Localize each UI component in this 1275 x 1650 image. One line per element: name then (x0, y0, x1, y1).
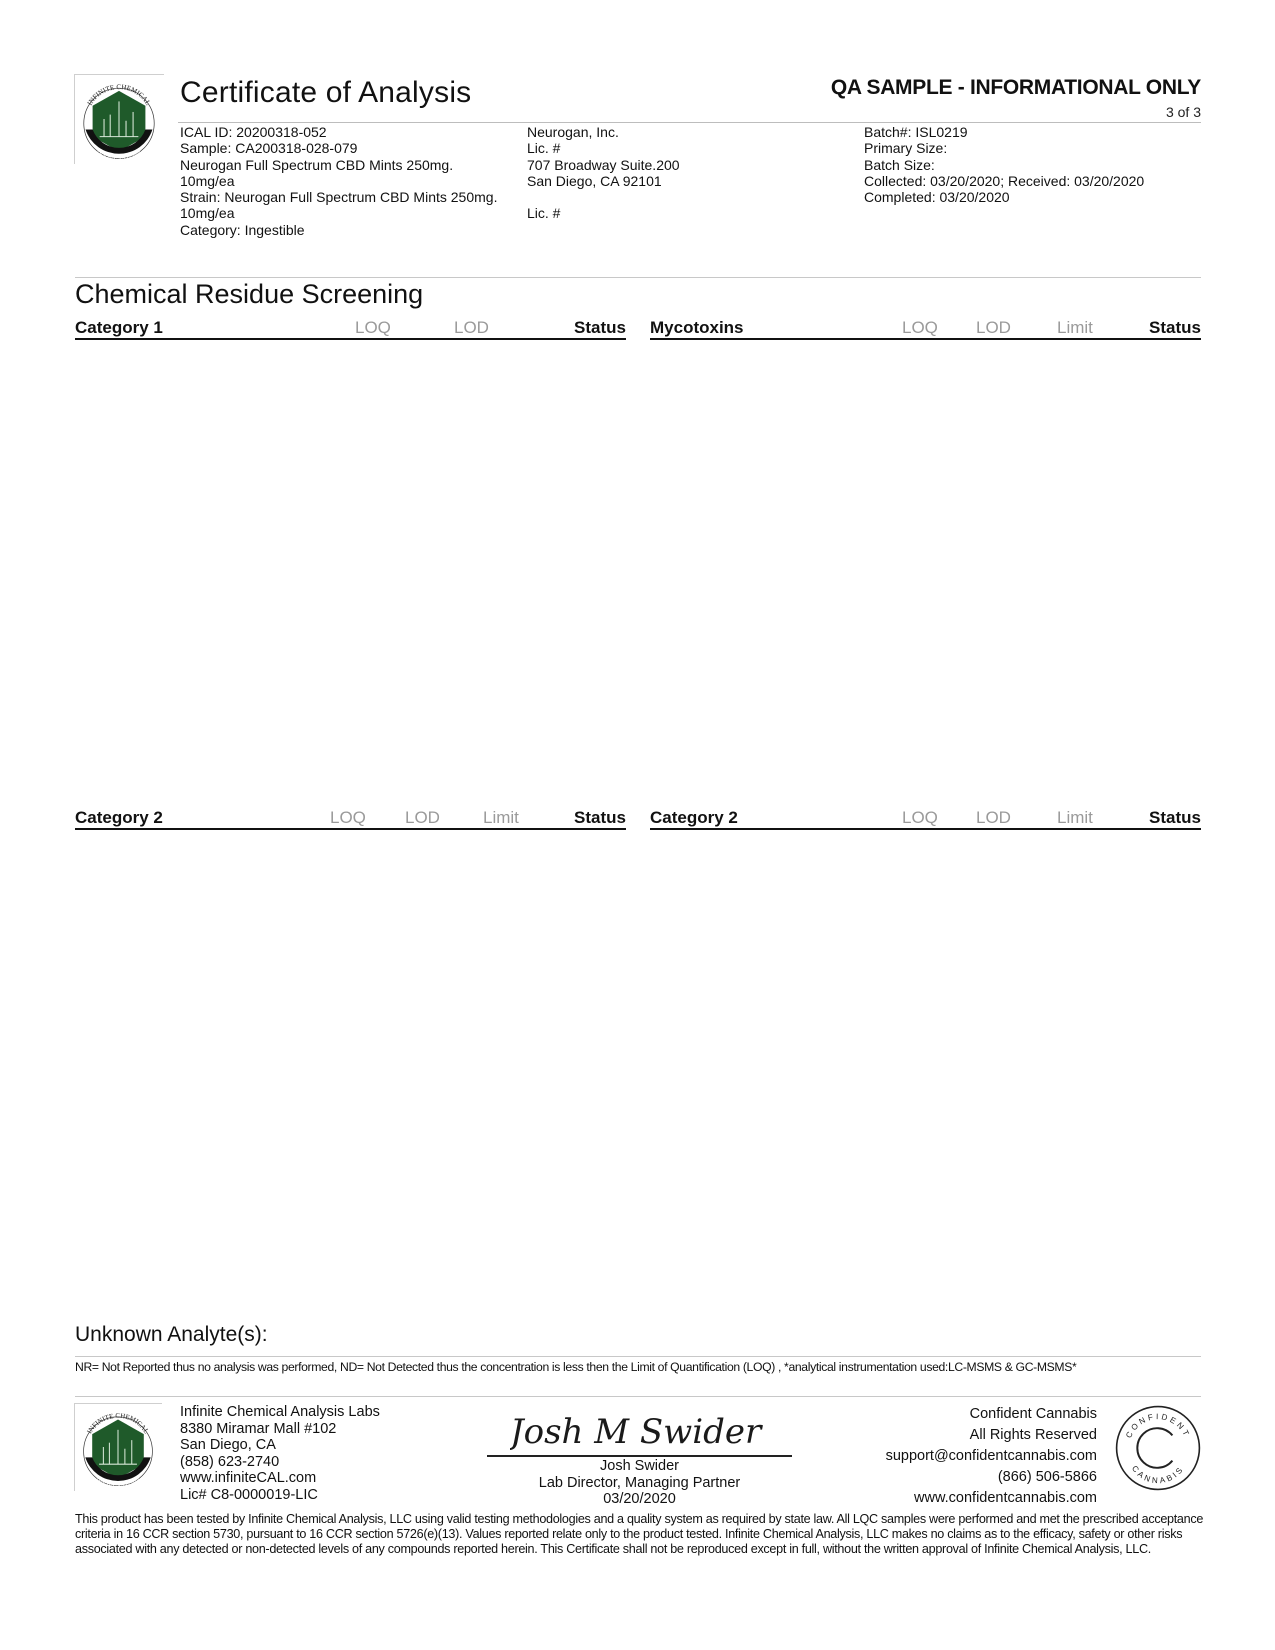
cc-email[interactable]: support@confidentcannabis.com (886, 1446, 1097, 1467)
table-header-category-2-left: Category 2 LOQ LOD Limit Status (75, 808, 626, 830)
client-name: Neurogan, Inc. (527, 124, 680, 140)
primary-size: Primary Size: (864, 140, 1144, 156)
qa-sample-banner: QA SAMPLE - INFORMATIONAL ONLY (831, 76, 1201, 100)
strain: Strain: Neurogan Full Spectrum CBD Mints… (180, 189, 497, 205)
table-name: Category 1 (75, 318, 163, 338)
col-status: Status (574, 318, 626, 338)
table-header-mycotoxins: Mycotoxins LOQ LOD Limit Status (650, 318, 1201, 340)
col-lod: LOD (405, 808, 440, 828)
page-number: 3 of 3 (1166, 104, 1201, 120)
ical-id: ICAL ID: 20200318-052 (180, 124, 497, 140)
col-loq: LOQ (330, 808, 366, 828)
client-license-2: Lic. # (527, 205, 680, 221)
batch-size: Batch Size: (864, 157, 1144, 173)
legal-disclaimer: This product has been tested by Infinite… (75, 1512, 1205, 1558)
abbreviation-notes: NR= Not Reported thus no analysis was pe… (75, 1360, 1201, 1375)
notes-divider-bottom (75, 1396, 1201, 1397)
document-title: Certificate of Analysis (180, 76, 471, 110)
cc-phone: (866) 506-5866 (886, 1467, 1097, 1488)
sample-id: Sample: CA200318-028-079 (180, 140, 497, 156)
client-address: 707 Broadway Suite.200 (527, 157, 680, 173)
col-limit: Limit (1057, 318, 1093, 338)
collected-received: Collected: 03/20/2020; Received: 03/20/2… (864, 173, 1144, 189)
completed-date: Completed: 03/20/2020 (864, 189, 1144, 205)
signer-title: Lab Director, Managing Partner (487, 1475, 792, 1492)
confident-cannabis-logo-icon: CONFIDENT CANNABIS (1113, 1403, 1203, 1493)
client-city: San Diego, CA 92101 (527, 173, 680, 189)
svg-text:CONFIDENT: CONFIDENT (1124, 1412, 1192, 1439)
table-header-category-1: Category 1 LOQ LOD Status (75, 318, 626, 340)
confident-cannabis-info: Confident Cannabis All Rights Reserved s… (886, 1404, 1097, 1509)
unknown-analytes-title: Unknown Analyte(s): (75, 1323, 268, 1347)
header-divider (178, 122, 1201, 123)
sample-info: ICAL ID: 20200318-052 Sample: CA200318-0… (180, 124, 497, 238)
col-limit: Limit (1057, 808, 1093, 828)
lab-logo: INFINITE CHEMICAL ANALYSIS LABS (74, 74, 164, 164)
col-status: Status (1149, 318, 1201, 338)
svg-text:Josh M Swider: Josh M Swider (510, 1412, 763, 1452)
col-loq: LOQ (902, 808, 938, 828)
section-divider (75, 277, 1201, 278)
lab-logo-footer: INFINITE CHEMICAL ANALYSIS LABS (74, 1403, 162, 1491)
col-loq: LOQ (902, 318, 938, 338)
signed-date: 03/20/2020 (487, 1491, 792, 1508)
signer-name: Josh Swider (487, 1458, 792, 1475)
lab-phone: (858) 623-2740 (180, 1454, 380, 1471)
infinite-chemical-logo-icon: INFINITE CHEMICAL ANALYSIS LABS (75, 1404, 161, 1490)
table-name: Mycotoxins (650, 318, 744, 338)
col-lod: LOD (976, 808, 1011, 828)
batch-number: Batch#: ISL0219 (864, 124, 1144, 140)
batch-info: Batch#: ISL0219 Primary Size: Batch Size… (864, 124, 1144, 205)
col-status: Status (574, 808, 626, 828)
cc-website[interactable]: www.confidentcannabis.com (886, 1488, 1097, 1509)
category: Category: Ingestible (180, 222, 497, 238)
strain-cont: 10mg/ea (180, 205, 497, 221)
table-name: Category 2 (75, 808, 163, 828)
section-title: Chemical Residue Screening (75, 279, 423, 310)
col-lod: LOD (976, 318, 1011, 338)
col-limit: Limit (483, 808, 519, 828)
cc-name: Confident Cannabis (886, 1404, 1097, 1425)
col-loq: LOQ (355, 318, 391, 338)
notes-divider-top (75, 1356, 1201, 1357)
infinite-chemical-logo-icon: INFINITE CHEMICAL ANALYSIS LABS (75, 75, 163, 163)
signature-line (487, 1455, 792, 1457)
lab-license: Lic# C8-0000019-LIC (180, 1487, 380, 1504)
cc-rights: All Rights Reserved (886, 1425, 1097, 1446)
col-lod: LOD (454, 318, 489, 338)
lab-city: San Diego, CA (180, 1437, 380, 1454)
client-info: Neurogan, Inc. Lic. # 707 Broadway Suite… (527, 124, 680, 222)
signature-icon: Josh M Swider (510, 1398, 780, 1458)
signer-block: Josh Swider Lab Director, Managing Partn… (487, 1458, 792, 1508)
lab-website[interactable]: www.infiniteCAL.com (180, 1470, 380, 1487)
table-header-category-2-right: Category 2 LOQ LOD Limit Status (650, 808, 1201, 830)
product-name: Neurogan Full Spectrum CBD Mints 250mg. (180, 157, 497, 173)
product-name-cont: 10mg/ea (180, 173, 497, 189)
lab-name: Infinite Chemical Analysis Labs (180, 1404, 380, 1421)
lab-contact-info: Infinite Chemical Analysis Labs 8380 Mir… (180, 1404, 380, 1504)
client-spacer (527, 189, 680, 205)
col-status: Status (1149, 808, 1201, 828)
lab-address: 8380 Miramar Mall #102 (180, 1421, 380, 1438)
table-name: Category 2 (650, 808, 738, 828)
client-license: Lic. # (527, 140, 680, 156)
